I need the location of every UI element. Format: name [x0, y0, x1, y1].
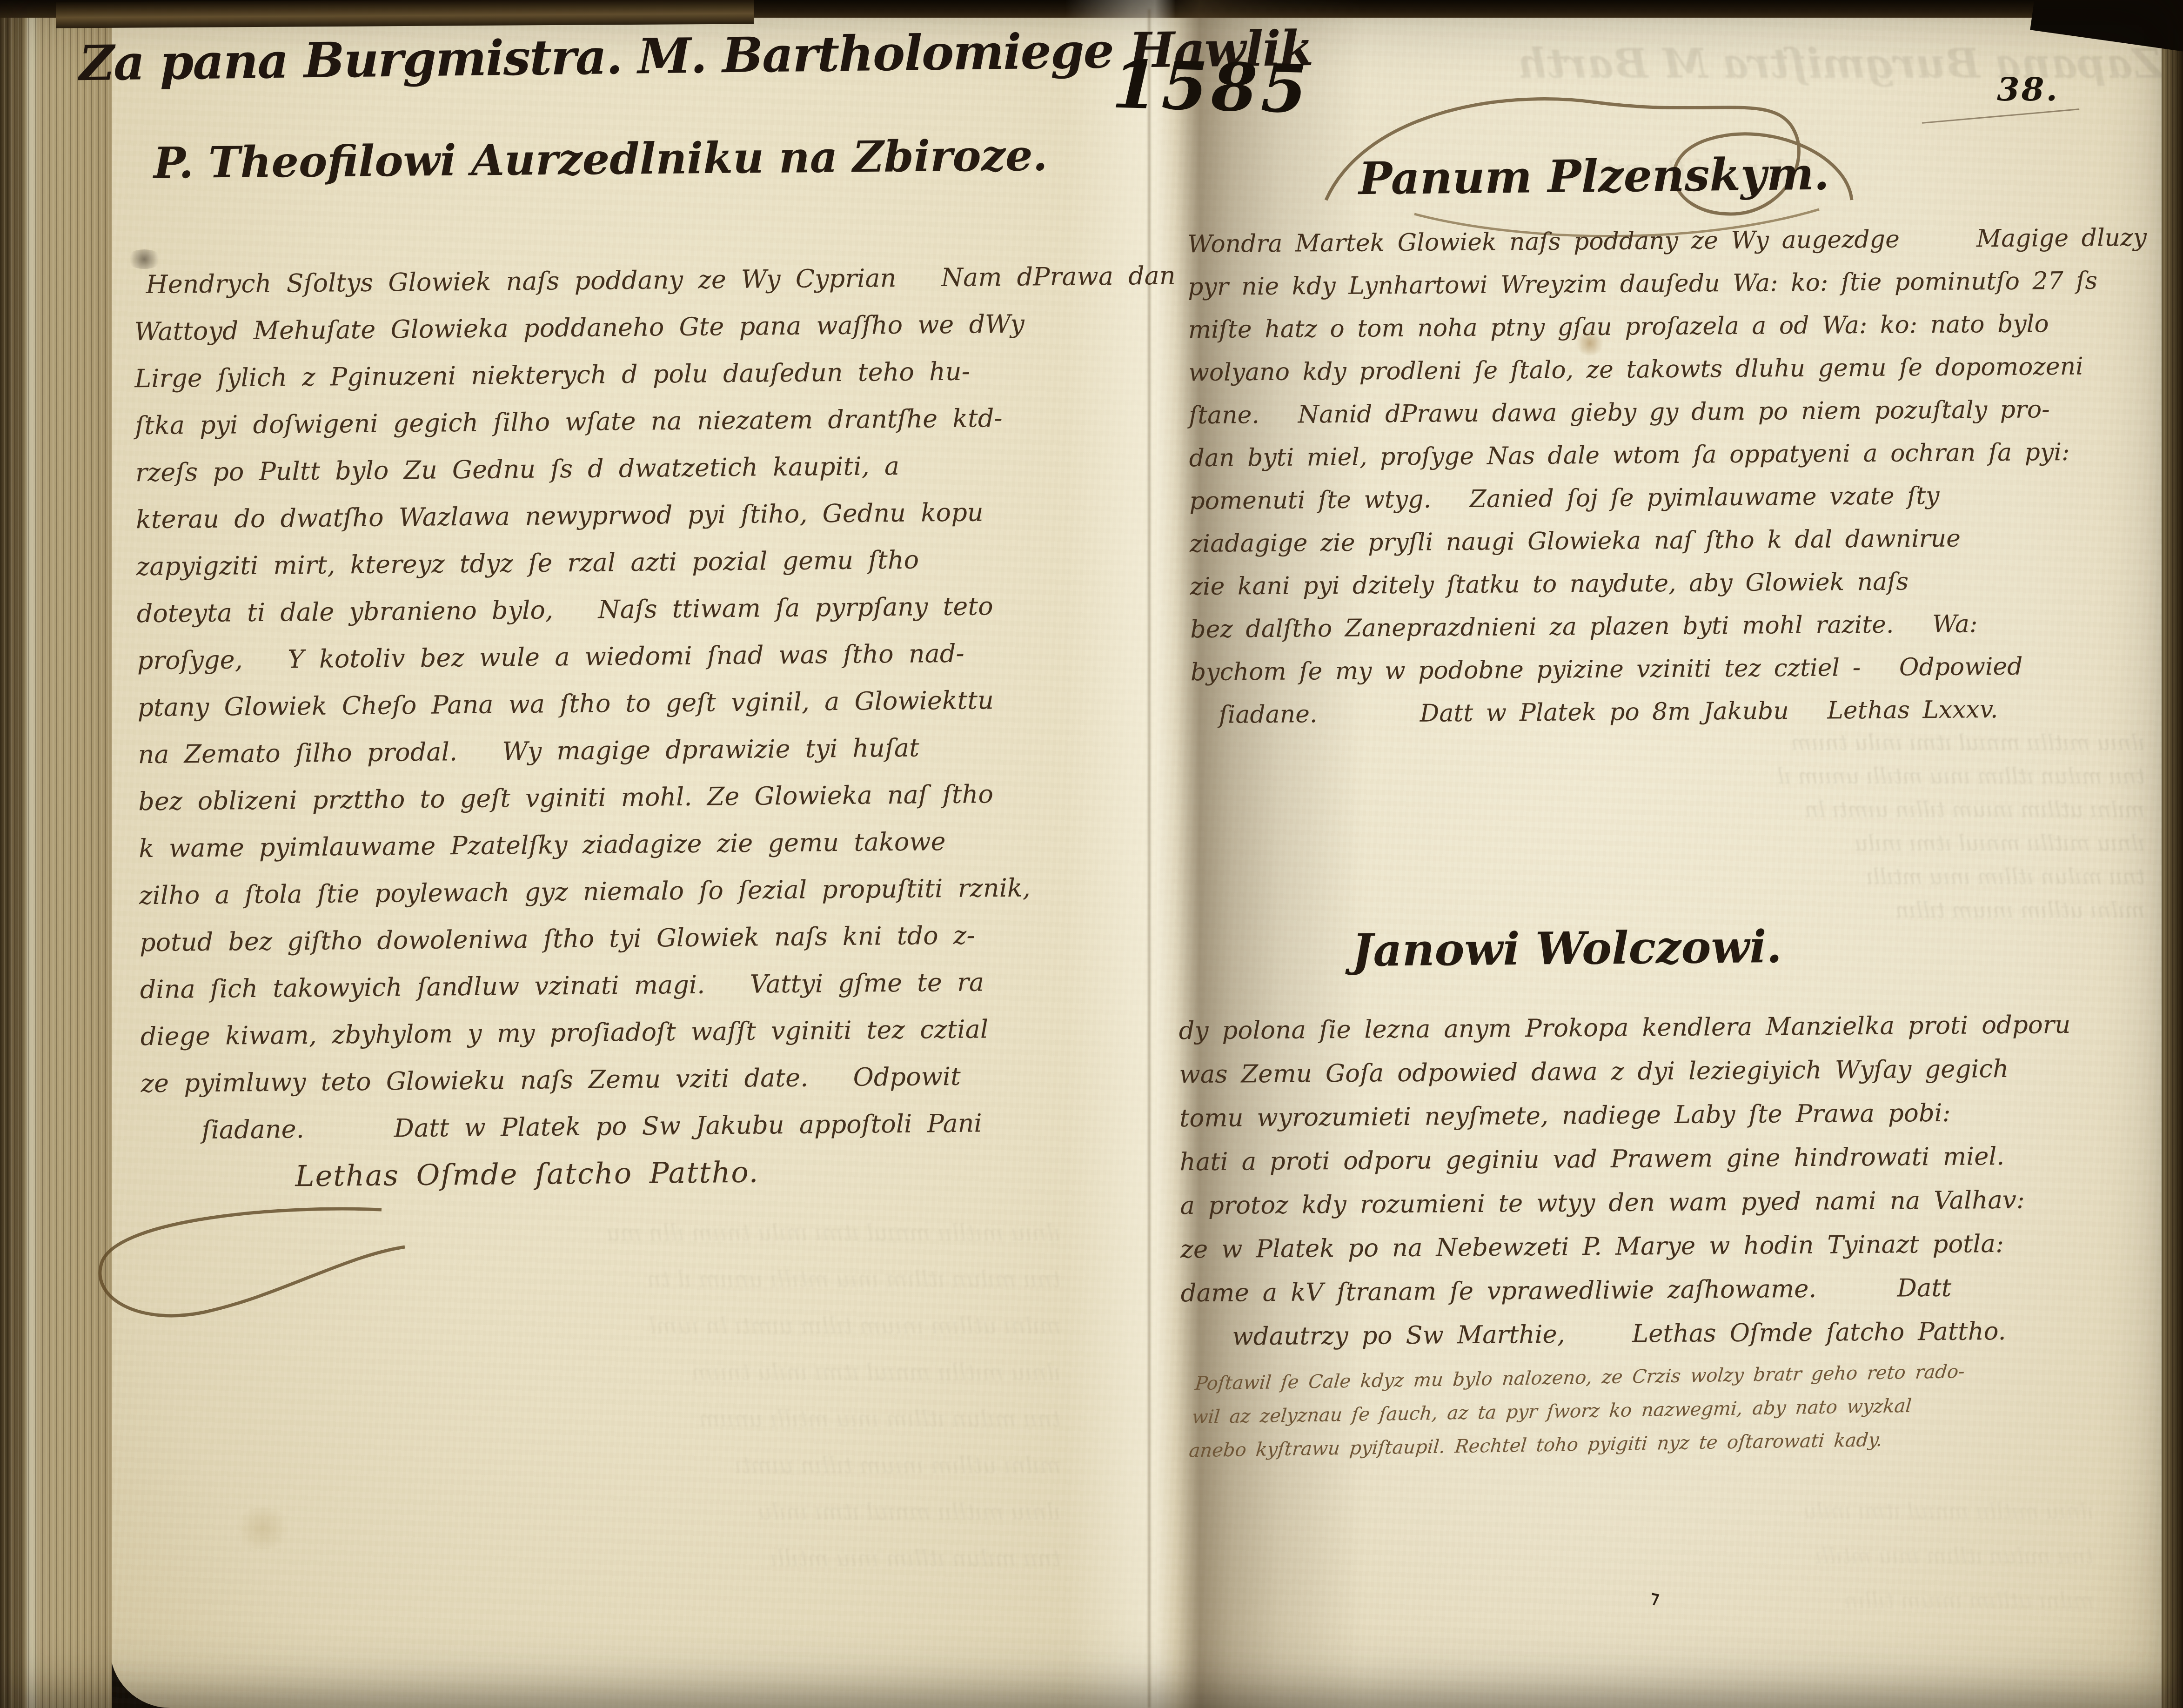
manuscript-line: k wame pyimlauwame Pzatelſky ziadagize z… [139, 817, 1121, 872]
manuscript-line: zie kani pyi dzitely ſtatku to naydute, … [1190, 559, 2144, 608]
manuscript-line: zilho a ſtola ſtie poylewach gyz niemalo… [139, 864, 1121, 919]
manuscript-line: pyr nie kdy Lynhartowi Wreyzim dauſedu W… [1188, 259, 2142, 308]
left-page-subheading: P. Theofilowi Aurzedlniku na Zbiroze. [154, 130, 1048, 188]
right-page-section1-body: Wondra Martek Glowiek naſs poddany ze Wy… [1187, 216, 2145, 737]
manuscript-line: diege kiwam, zbyhylom y my proſiadoſt wa… [140, 1005, 1122, 1060]
manuscript-line: na Zemato ſilho prodal. Wy magige dprawi… [138, 723, 1120, 778]
right-page-section2-body: dy polona ſie lezna anym Prokopa kendler… [1179, 1003, 2163, 1360]
manuscript-line: wolyano kdy prodleni ſe ſtalo, ze takowt… [1188, 345, 2143, 394]
manuscript-line: kterau do dwatſho Wazlawa newyprwod pyi … [136, 488, 1118, 543]
page-stack-edge-left [0, 12, 112, 1708]
manuscript-line: potud bez giſtho dowoleniwa ſtho tyi Glo… [140, 911, 1122, 966]
manuscript-line: doteyta ti dale ybranieno bylo, Naſs tti… [136, 582, 1118, 637]
manuscript-line: dy polona ſie lezna anym Prokopa kendler… [1179, 1003, 2161, 1053]
right-page-heading: Panum Plzenskym. [1358, 147, 1829, 205]
manuscript-line: ze pyimluwy teto Glowieku naſs Zemu vzit… [141, 1052, 1123, 1107]
manuscript-line: ze w Platek po na Nebewzeti P. Marye w h… [1180, 1221, 2163, 1272]
right-page-section2-heading: Janowi Wolczowi. [1352, 920, 1782, 977]
manuscript-line: bez dalſtho Zaneprazdnieni za plazen byt… [1190, 602, 2144, 651]
page-stack-edge-right [2162, 0, 2183, 1708]
manuscript-line: dame a kV ſtranam ſe vprawedliwie zaſhow… [1180, 1265, 2163, 1316]
manuscript-line: proſyge, Y kotoliv bez wule a wiedomi ſn… [137, 629, 1119, 684]
folio-number: 38. [1997, 70, 2059, 108]
manuscript-line: bez oblizeni przttho to geſt vginiti moh… [138, 770, 1120, 825]
book-top-binding [56, 0, 754, 28]
manuscript-line: Lirge ſylich z Pginuzeni niekterych d po… [134, 347, 1117, 402]
manuscript-scan: { "document": { "kind": "handwritten man… [0, 0, 2183, 1708]
manuscript-line: ptany Glowiek Cheſo Pana wa ſtho to geſt… [137, 676, 1119, 731]
manuscript-line: ziadagige zie pryſli naugi Glowieka naſ … [1190, 516, 2144, 565]
manuscript-line: bychom ſe my w podobne pyizine vziniti t… [1191, 644, 2145, 694]
manuscript-line: ſiadane. Datt w Platek po Sw Jakubu appo… [141, 1098, 1123, 1154]
manuscript-line: Wattoyd Mehuſate Glowieka poddaneho Gte … [134, 300, 1116, 355]
manuscript-line: wdautrzy po Sw Marthie, Lethas Oſmde ſat… [1181, 1309, 2163, 1360]
manuscript-line: Wondra Martek Glowiek naſs poddany ze Wy… [1187, 216, 2142, 266]
manuscript-line: rzeſs po Pultt bylo Zu Gednu ſs d dwatze… [135, 441, 1118, 496]
year-label: 1585 [1111, 46, 1312, 128]
manuscript-line: ſtka pyi doſwigeni gegich ſilho wſate na… [135, 394, 1117, 449]
left-page-body: Hendrych Sſoltys Glowiek naſs poddany ze… [134, 253, 1124, 1201]
manuscript-line: ſiadane. Datt w Platek po 8m Jakubu Leth… [1191, 687, 2145, 737]
manuscript-line: a protoz kdy rozumieni te wtyy den wam p… [1180, 1178, 2162, 1228]
manuscript-line: was Zemu Goſa odpowied dawa z dyi lezieg… [1179, 1046, 2161, 1097]
manuscript-line: Lethas Oſmde ſatcho Pattho. [141, 1145, 1124, 1201]
manuscript-line: pomenuti ſte wtyg. Zanied ſoj ſe pyimlau… [1189, 473, 2143, 522]
manuscript-line: dina ſich takowyich ſandluw vzinati magi… [140, 958, 1122, 1013]
manuscript-line: ſtane. Nanid dPrawu dawa gieby gy dum po… [1189, 388, 2143, 437]
manuscript-line: miſte hatz o tom noha ptny gſau proſazel… [1188, 302, 2142, 351]
manuscript-line: tomu wyrozumieti neyſmete, nadiege Laby … [1179, 1090, 2162, 1141]
manuscript-line: Hendrych Sſoltys Glowiek naſs poddany ze… [134, 253, 1116, 308]
manuscript-line: dan byti miel, proſyge Nas dale wtom ſa … [1189, 430, 2143, 480]
manuscript-line: hati a proti odporu geginiu vad Prawem g… [1179, 1134, 2162, 1185]
right-page-postscript: Poſtawil ſe Cale kdyz mu bylo nalozeno, … [1187, 1352, 2155, 1468]
manuscript-line: zapyigziti mirt, ktereyz tdyz ſe rzal az… [136, 535, 1118, 590]
